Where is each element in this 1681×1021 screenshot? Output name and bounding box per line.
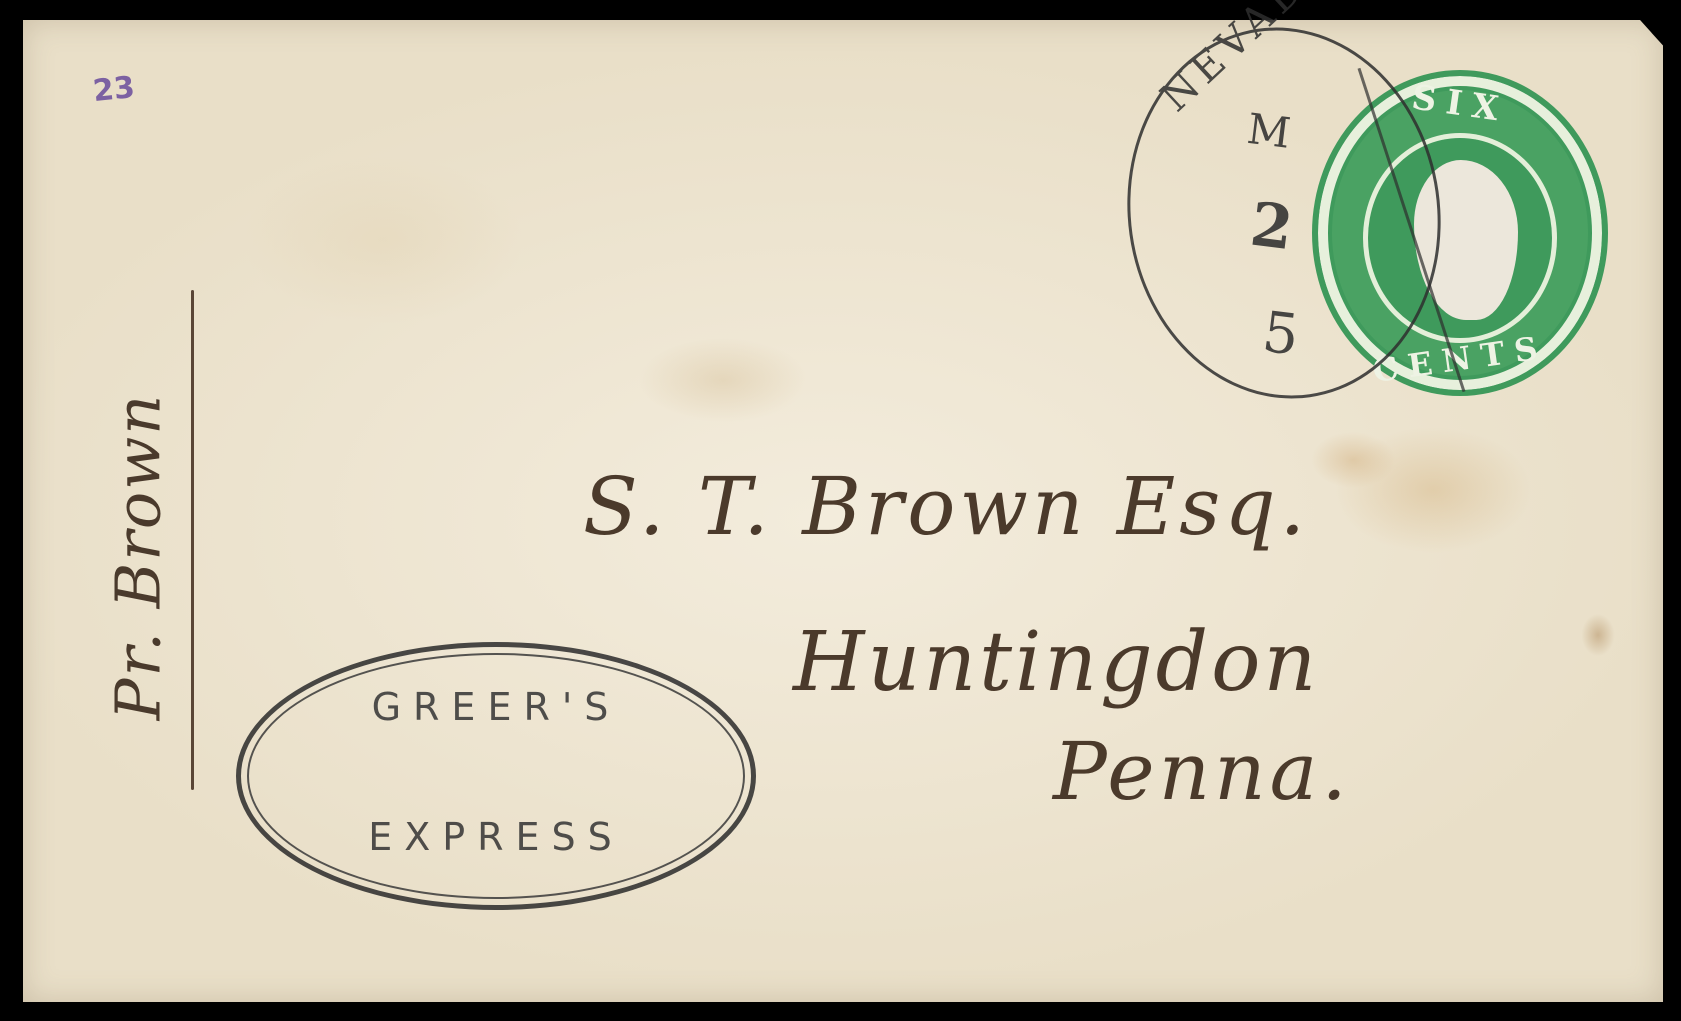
- postmark-year: 5: [1259, 300, 1302, 369]
- postmark-day: 2: [1247, 190, 1297, 265]
- sender-note-text: Pr. Brown: [102, 327, 175, 787]
- postmark-month: M: [1245, 104, 1294, 158]
- address-name: S. T. Brown Esq.: [583, 460, 1309, 553]
- address-state: Penna.: [1053, 725, 1351, 818]
- express-cachet: GREER'S EXPRESS: [236, 642, 756, 910]
- address-city: Huntingdon: [793, 615, 1319, 710]
- pencil-number: 23: [91, 70, 136, 109]
- sender-note-underline: [191, 290, 194, 790]
- cachet-line2: EXPRESS: [241, 815, 751, 859]
- sender-note: Pr. Brown: [83, 280, 193, 800]
- cachet-line1: GREER'S: [241, 685, 751, 729]
